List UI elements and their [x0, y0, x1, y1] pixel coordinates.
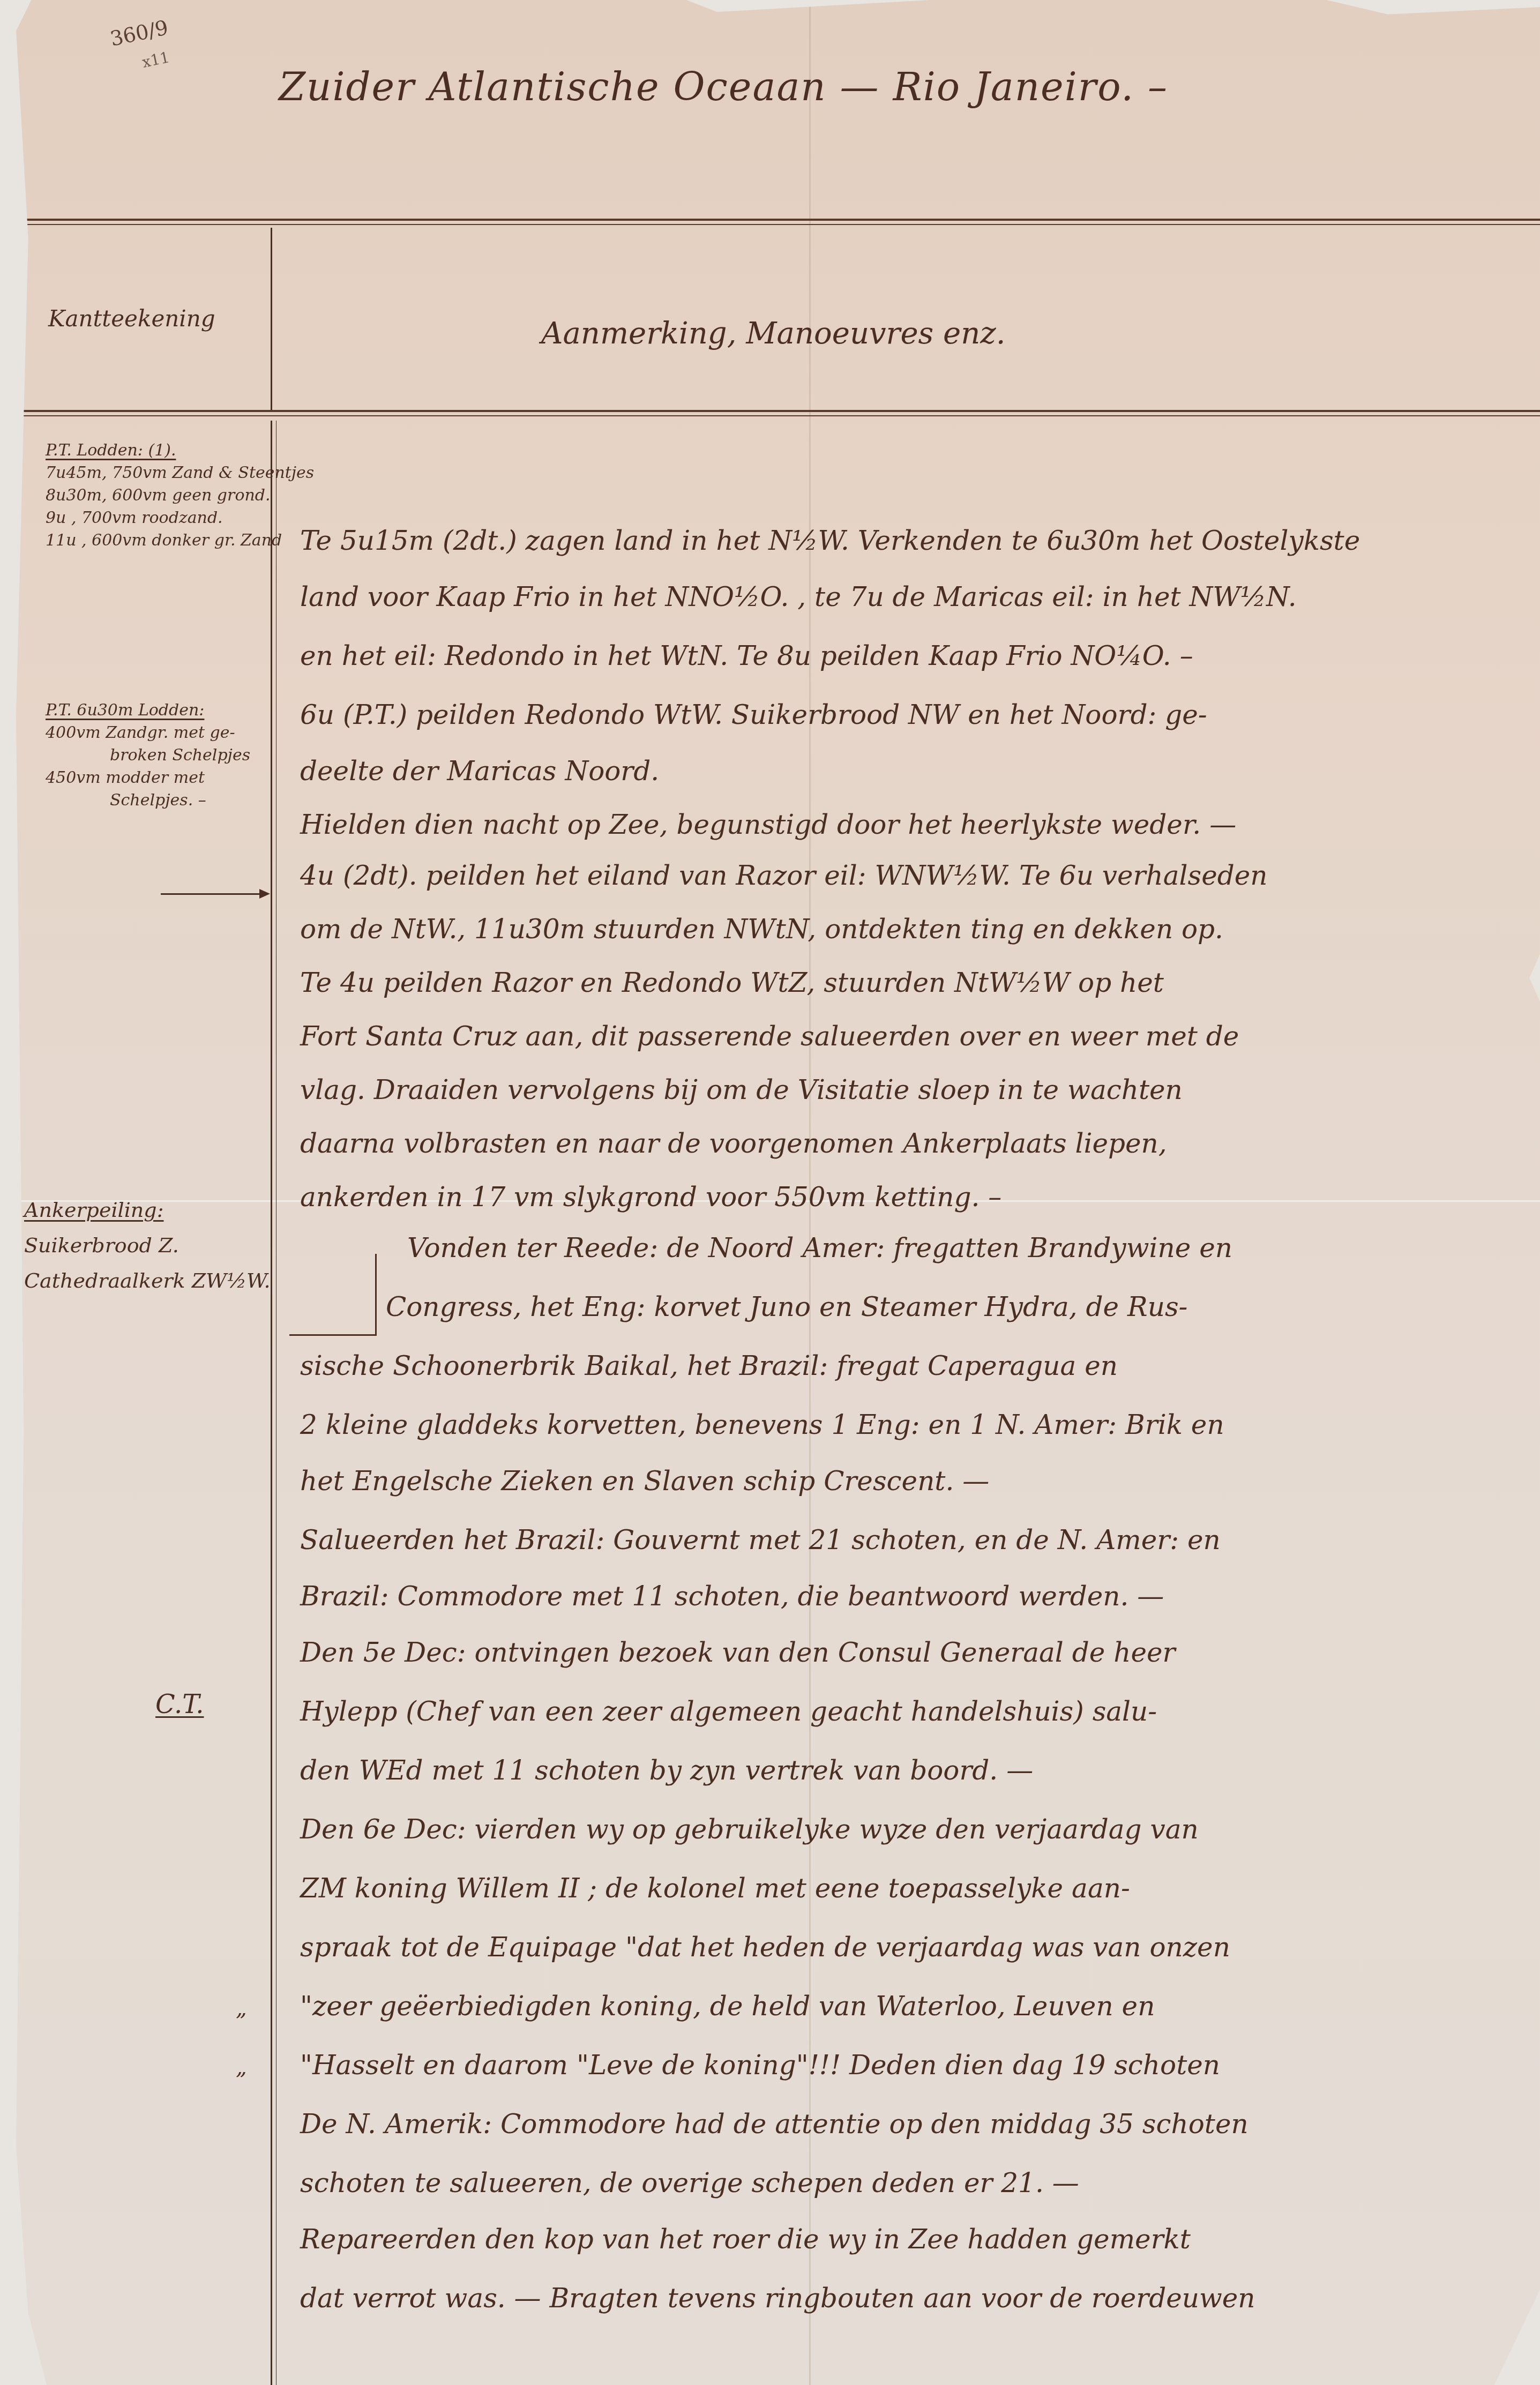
body-column-divider	[271, 421, 272, 2385]
body-line: om de NtW., 11u30m stuurden NWtN, ontdek…	[300, 914, 1223, 945]
body-line: het Engelsche Zieken en Slaven schip Cre…	[300, 1466, 989, 1497]
ditto-mark: „	[236, 1996, 247, 2021]
header-rule-bottom-2	[21, 415, 1540, 416]
body-line: sische Schoonerbrik Baikal, het Brazil: …	[300, 1350, 1118, 1381]
header-rule-top-2	[21, 224, 1540, 225]
body-line: Fort Santa Cruz aan, dit passerende salu…	[300, 1021, 1239, 1052]
body-line: Den 5e Dec: ontvingen bezoek van den Con…	[300, 1637, 1176, 1668]
archive-number: 360/9	[108, 16, 170, 51]
body-line: land voor Kaap Frio in het NNO½O. , te 7…	[300, 581, 1297, 612]
body-line: Salueerden het Brazil: Gouvernt met 21 s…	[300, 1524, 1221, 1556]
body-line: dat verrot was. — Bragten tevens ringbou…	[300, 2283, 1255, 2314]
body-line: vlag. Draaiden vervolgens bij om de Visi…	[300, 1074, 1183, 1105]
body-line: Brazil: Commodore met 11 schoten, die be…	[300, 1581, 1164, 1612]
body-line: 6u (P.T.) peilden Redondo WtW. Suikerbro…	[300, 699, 1207, 730]
body-line: Repareerden den kop van het roer die wy …	[300, 2224, 1191, 2255]
ditto-mark: „	[236, 2055, 247, 2080]
header-column-divider	[271, 228, 272, 410]
manuscript-page: 360/9 x11 Zuider Atlantische Oceaan — Ri…	[16, 0, 1540, 2385]
body-line: ankerden in 17 vm slykgrond voor 550vm k…	[300, 1182, 1001, 1213]
body-line: 2 kleine gladdeks korvetten, benevens 1 …	[300, 1409, 1224, 1440]
body-line: 4u (2dt). peilden het eiland van Razor e…	[300, 860, 1268, 891]
body-line: Te 5u15m (2dt.) zagen land in het N½W. V…	[300, 525, 1360, 556]
body-line: den WEd met 11 schoten by zyn vertrek va…	[300, 1755, 1033, 1786]
body-line: Hielden dien nacht op Zee, begunstigd do…	[300, 809, 1236, 840]
header-rule-top	[21, 219, 1540, 221]
margin-note-lodden-2: P.T. 6u30m Lodden: 400vm Zandgr. met ge-…	[46, 699, 250, 812]
body-line: Vonden ter Reede: de Noord Amer: fregatt…	[407, 1232, 1232, 1263]
margin-note-lodden-1: P.T. Lodden: (1). 7u45m, 750vm Zand & St…	[46, 439, 314, 552]
margin-note-ct: C.T.	[155, 1693, 204, 1716]
bracket-box	[289, 1254, 377, 1336]
body-line: deelte der Maricas Noord.	[300, 756, 659, 787]
body-line: Hylepp (Chef van een zeer algemeen geach…	[300, 1696, 1157, 1727]
archive-sub-mark: x11	[140, 48, 171, 71]
margin-note-ankerpeiling: Ankerpeiling: Suikerbrood Z. Cathedraalk…	[24, 1192, 271, 1298]
body-line: "Hasselt en daarom "Leve de koning"!!! D…	[300, 2050, 1220, 2081]
header-rule-bottom	[21, 410, 1540, 412]
arrow-icon	[161, 893, 268, 895]
body-line: Congress, het Eng: korvet Juno en Steame…	[386, 1291, 1187, 1322]
column-header-kantteekening: Kantteekening	[48, 305, 215, 332]
body-line: en het eil: Redondo in het WtN. Te 8u pe…	[300, 640, 1193, 671]
body-line: daarna volbrasten en naar de voorgenomen…	[300, 1128, 1167, 1159]
body-line: schoten te salueeren, de overige schepen…	[300, 2167, 1079, 2199]
body-line: Te 4u peilden Razor en Redondo WtZ, stuu…	[300, 967, 1164, 998]
body-column-divider-2	[276, 421, 276, 2385]
page-title: Zuider Atlantische Oceaan — Rio Janeiro.…	[279, 64, 1168, 109]
body-line: ZM koning Willem II ; de kolonel met een…	[300, 1873, 1130, 1904]
body-line: Den 6e Dec: vierden wy op gebruikelyke w…	[300, 1814, 1199, 1845]
body-line: "zeer geëerbiedigden koning, de held van…	[300, 1991, 1155, 2022]
column-header-aanmerking: Aanmerking, Manoeuvres enz.	[541, 316, 1006, 351]
body-line: spraak tot de Equipage "dat het heden de…	[300, 1932, 1230, 1963]
body-line: De N. Amerik: Commodore had de attentie …	[300, 2109, 1249, 2140]
